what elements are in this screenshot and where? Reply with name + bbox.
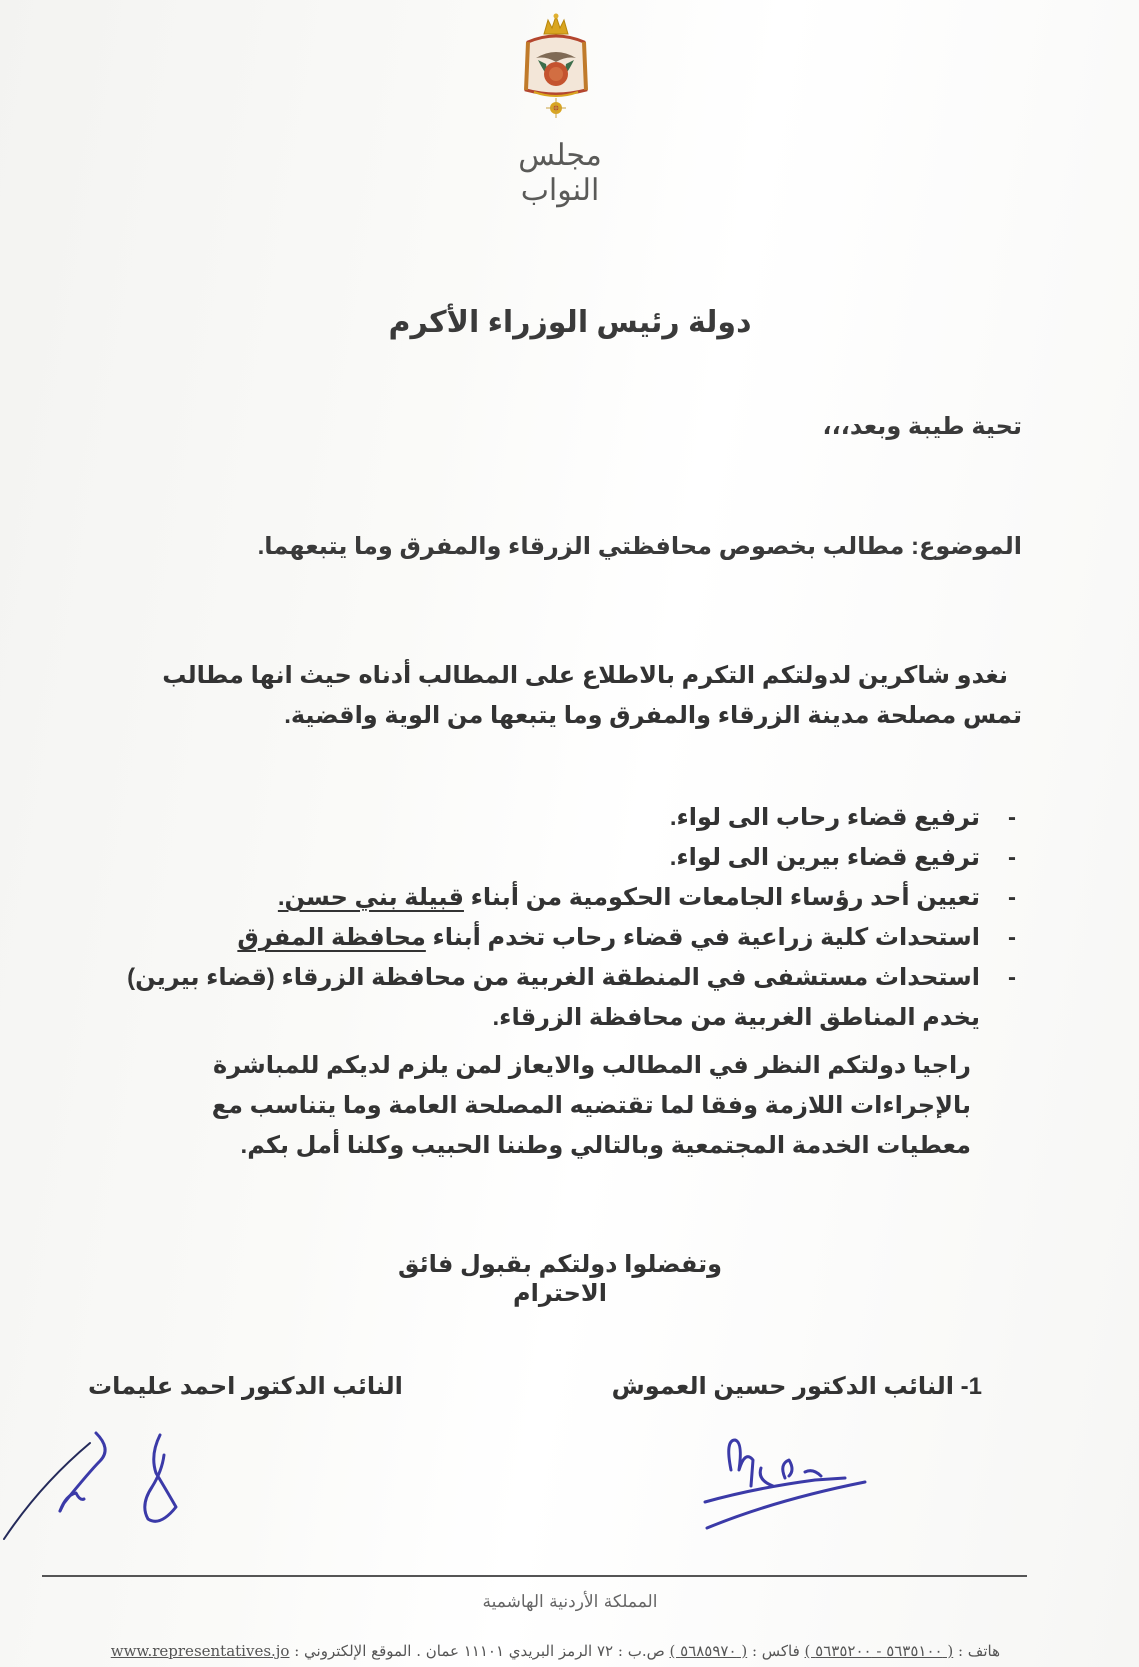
demand-underlined-text: قبيلة بني حسن. (278, 884, 464, 911)
greeting: تحية طيبة وبعد،،، (823, 412, 1022, 441)
institution-calligraphy: مجلس النواب (490, 138, 630, 208)
list-bullet: - (1002, 878, 1022, 918)
list-bullet: - (1002, 918, 1022, 958)
demand-item: - ترفيع قضاء رحاب الى لواء. (117, 798, 1022, 838)
demand-text: ترفيع قضاء بيرين الى لواء. (670, 844, 980, 871)
list-bullet: - (1002, 958, 1022, 998)
kingdom-label: المملكة الأردنية الهاشمية (440, 1592, 700, 1612)
contact-info: هاتف : ( ٥٦٣٥١٠٠ - ٥٦٣٥٢٠٠ ) فاكس : ( ٥٦… (70, 1642, 1000, 1660)
demand-item: - استحداث كلية زراعية في قضاء رحاب تخدم … (117, 918, 1022, 958)
signature-2-icon (0, 1415, 200, 1540)
list-bullet: - (1002, 838, 1022, 878)
demand-text: استحداث كلية زراعية في قضاء رحاب تخدم أب… (426, 924, 980, 951)
demand-item: - استحداث مستشفى في المنطقة الغربية من م… (117, 958, 1022, 1038)
addressee-title: دولة رئيس الوزراء الأكرم (360, 305, 780, 340)
phone-number: ( ٥٦٣٥١٠٠ - ٥٦٣٥٢٠٠ ) (805, 1642, 954, 1660)
fax-label: فاكس : (747, 1642, 804, 1660)
po-box: ص.ب : ٧٢ الرمز البريدي ١١١٠١ عمان . المو… (289, 1642, 669, 1660)
demand-underlined-text: محافظة المفرق (237, 924, 425, 951)
intro-paragraph-text: نغدو شاكرين لدولتكم التكرم بالاطلاع على … (162, 662, 1022, 729)
signature-1-icon (695, 1430, 895, 1540)
demand-text: استحداث مستشفى في المنطقة الغربية من محا… (127, 964, 980, 1031)
demand-item: - ترفيع قضاء بيرين الى لواء. (117, 838, 1022, 878)
signatory-1-name: 1- النائب الدكتور حسين العموش (612, 1372, 982, 1401)
intro-paragraph: نغدو شاكرين لدولتكم التكرم بالاطلاع على … (117, 656, 1022, 736)
demands-list: - ترفيع قضاء رحاب الى لواء. - ترفيع قضاء… (117, 798, 1022, 1038)
list-bullet: - (1002, 798, 1022, 838)
footer-divider (42, 1575, 1027, 1577)
closing-regards: وتفضلوا دولتكم بقبول فائق الاحترام (360, 1250, 760, 1308)
website-link[interactable]: www.representatives.jo (111, 1642, 290, 1660)
subject-line: الموضوع: مطالب بخصوص محافظتي الزرقاء وال… (258, 532, 1022, 561)
demand-item: - تعيين أحد رؤساء الجامعات الحكومية من أ… (117, 878, 1022, 918)
demand-text: ترفيع قضاء رحاب الى لواء. (670, 804, 980, 831)
request-paragraph: راجيا دولتكم النظر في المطالب والايعاز ل… (116, 1046, 971, 1166)
phone-label: هاتف : (953, 1642, 1000, 1660)
demand-text: تعيين أحد رؤساء الجامعات الحكومية من أبن… (464, 884, 980, 911)
fax-number: ( ٥٦٨٥٩٧٠ ) (670, 1642, 748, 1660)
jordan-coat-of-arms-icon (520, 12, 592, 130)
signatory-2-name: النائب الدكتور احمد عليمات (88, 1372, 403, 1401)
